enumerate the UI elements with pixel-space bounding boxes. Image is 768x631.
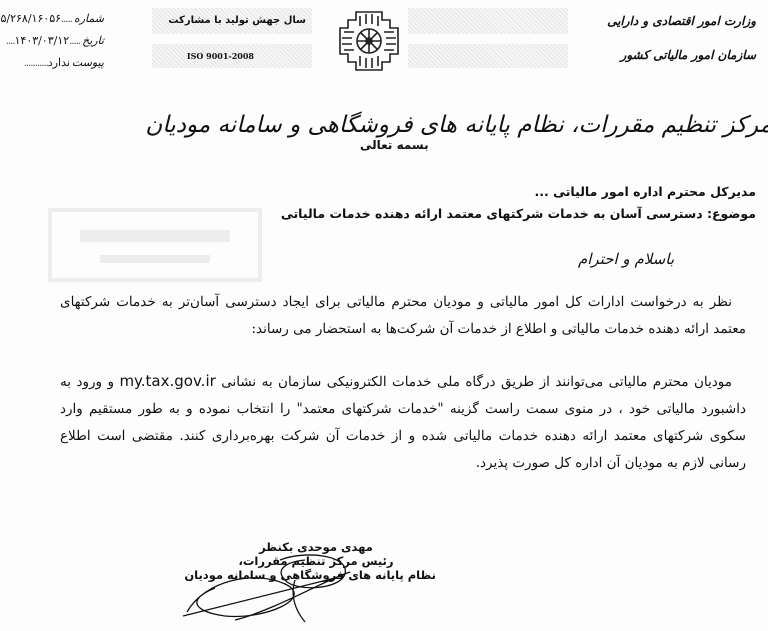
tax-portal-url: my.tax.gov.ir xyxy=(119,372,215,390)
organization-name: سازمان امور مالیاتی کشور xyxy=(621,48,756,62)
addressee: مدیرکل محترم اداره امور مالیاتی ... xyxy=(534,184,756,199)
reference-number-label: شماره xyxy=(74,8,104,29)
dotted-leader: ..... xyxy=(61,9,72,30)
slogan-band: سال جهش تولید با مشارکت مردم xyxy=(152,8,312,34)
ministry-name: وزارت امور اقتصادی و دارایی xyxy=(607,14,756,28)
reference-attachment-value: ندارد xyxy=(48,52,70,73)
header-band-decoration xyxy=(408,8,568,34)
reference-number-row: شماره ..... ۵/۲۶۸/۱۶۰۵۶ xyxy=(4,8,104,30)
reference-number-value: ۵/۲۶۸/۱۶۰۵۶ xyxy=(0,8,61,29)
watermark-graphic xyxy=(40,200,270,290)
paragraph-2-text-part1: مودیان محترم مالیاتی می‌توانند از طریق د… xyxy=(221,374,732,390)
body-paragraph-1: نظر به درخواست ادارات کل امور مالیاتی و … xyxy=(60,289,746,343)
dotted-leader: ........... xyxy=(24,53,48,74)
reference-attachment-row: پیوست ندارد ........... xyxy=(4,52,104,74)
subject-line: موضوع: دسترسی آسان به خدمات شرکتهای معتم… xyxy=(281,206,756,221)
issuing-center-title: مرکز تنظیم مقررات، نظام پایانه های فروشگ… xyxy=(145,112,768,138)
reference-date-label: تاریخ xyxy=(82,30,104,51)
subject-text: دسترسی آسان به خدمات شرکتهای معتمد ارائه… xyxy=(281,206,703,221)
reference-date-row: تاریخ ..... ۱۴۰۳/۰۳/۱۲ .... xyxy=(4,30,104,52)
iso-band: ISO 9001-2008 xyxy=(152,44,312,68)
subject-label: موضوع: xyxy=(707,206,756,221)
paragraph-1-text: نظر به درخواست ادارات کل امور مالیاتی و … xyxy=(60,294,746,337)
body-paragraph-2: مودیان محترم مالیاتی می‌توانند از طریق د… xyxy=(60,368,746,477)
handwritten-signature-icon xyxy=(175,550,355,630)
reference-block: شماره ..... ۵/۲۶۸/۱۶۰۵۶ تاریخ ..... ۱۴۰۳… xyxy=(4,8,104,74)
tax-organization-emblem-icon xyxy=(338,10,400,72)
letter-page: شماره ..... ۵/۲۶۸/۱۶۰۵۶ تاریخ ..... ۱۴۰۳… xyxy=(0,0,768,631)
greeting: باسلام و احترام xyxy=(578,250,674,268)
dotted-leader: ..... xyxy=(69,31,80,52)
dotted-leader: .... xyxy=(6,31,15,52)
reference-date-value: ۱۴۰۳/۰۳/۱۲ xyxy=(15,30,70,51)
reference-attachment-label: پیوست xyxy=(72,52,104,73)
basmala: بسمه تعالی xyxy=(360,138,429,152)
header-band-decoration xyxy=(408,44,568,68)
